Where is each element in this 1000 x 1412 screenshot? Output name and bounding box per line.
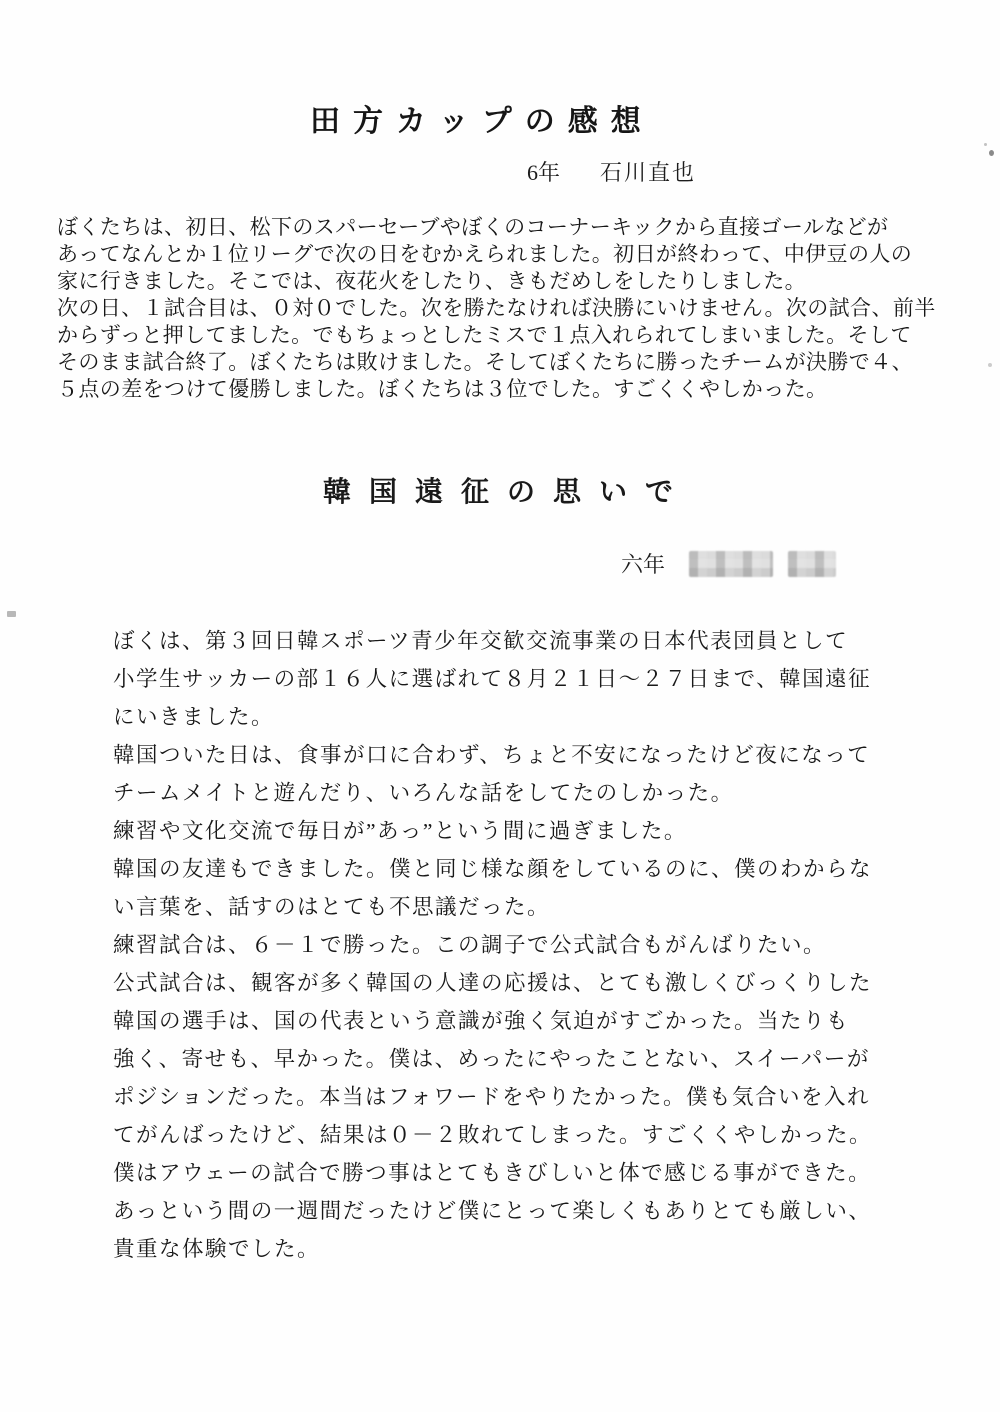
- scan-speck: [988, 363, 992, 367]
- essay2-line: 韓国の友達もできました。僕と同じ様な顔をしているのに、僕のわからな: [113, 854, 872, 892]
- scan-speck: [7, 611, 16, 617]
- essay2-line: 強く、寄せも、早かった。僕は、めったにやったことない、スイーパーが: [113, 1044, 872, 1082]
- essay1-line: からずっと押してました。でもちょっとしたミスで１点入れられてしまいました。そして: [57, 322, 936, 349]
- essay2-line: にいきました。: [113, 702, 872, 740]
- essay2-line: 僕はアウェーの試合で勝つ事はとてもきびしいと体で感じる事ができた。: [113, 1158, 872, 1196]
- essay2-line: い言葉を、話すのはとても不思議だった。: [113, 892, 872, 930]
- essay2-body: ぼくは、第３回日韓スポーツ青少年交歓交流事業の日本代表団員として 小学生サッカー…: [113, 626, 872, 1272]
- essay2-line: 韓国の選手は、国の代表という意識が強く気迫がすごかった。当たりも: [113, 1006, 872, 1044]
- redacted-name-block: [689, 551, 773, 577]
- redacted-name-block: [788, 551, 836, 577]
- essay1-author-name: 石川直也: [600, 160, 696, 185]
- essay2-line: 貴重な体験でした。: [113, 1234, 872, 1272]
- essay1-line: ぼくたちは、初日、松下のスパーセーブやぼくのコーナーキックから直接ゴールなどが: [57, 214, 936, 241]
- essay2-line: ポジションだった。本当はフォワードをやりたかった。僕も気合いを入れ: [113, 1082, 872, 1120]
- essay1-byline: 6年石川直也: [527, 156, 696, 187]
- essay1-line: 次の日、１試合目は、０対０でした。次を勝たなければ決勝にいけません。次の試合、前…: [57, 295, 936, 322]
- scanned-page: 田方カップの感想 6年石川直也 ぼくたちは、初日、松下のスパーセーブやぼくのコー…: [0, 0, 1000, 1412]
- scan-speck: [984, 143, 987, 146]
- essay2-line: 小学生サッカーの部１６人に選ばれて８月２１日～２７日まで、韓国遠征: [113, 664, 872, 702]
- essay1-line: そのまま試合終了。ぼくたちは敗けました。そしてぼくたちに勝ったチームが決勝で４、: [57, 349, 936, 376]
- essay2-line: あっという間の一週間だったけど僕にとって楽しくもありとても厳しい、: [113, 1196, 872, 1234]
- essay2-line: 韓国ついた日は、食事が口に合わず、ちょと不安になったけど夜になって: [113, 740, 872, 778]
- essay2-line: てがんばったけど、結果は０－２敗れてしまった。すごくくやしかった。: [113, 1120, 872, 1158]
- essay1-title: 田方カップの感想: [310, 96, 654, 140]
- scan-speck: [989, 150, 994, 156]
- essay2-line: 練習や文化交流で毎日が”あっ”という間に過ぎました。: [113, 816, 872, 854]
- essay1-line: 家に行きました。そこでは、夜花火をしたり、きもだめしをしたりしました。: [57, 268, 936, 295]
- essay2-line: チームメイトと遊んだり、いろんな話をしてたのしかった。: [113, 778, 872, 816]
- essay2-line: ぼくは、第３回日韓スポーツ青少年交歓交流事業の日本代表団員として: [113, 626, 872, 664]
- essay2-line: 公式試合は、観客が多く韓国の人達の応援は、とても激しくびっくりした: [113, 968, 872, 1006]
- essay1-body: ぼくたちは、初日、松下のスパーセーブやぼくのコーナーキックから直接ゴールなどが …: [57, 214, 936, 403]
- essay2-title: 韓国遠征の思いで: [323, 470, 691, 510]
- essay1-line: あってなんとか１位リーグで次の日をむかえられました。初日が終わって、中伊豆の人の: [57, 241, 936, 268]
- essay2-grade: 六年: [621, 548, 665, 579]
- essay1-grade: 6年: [527, 160, 560, 185]
- essay2-line: 練習試合は、６－１で勝った。この調子で公式試合もがんばりたい。: [113, 930, 872, 968]
- essay2-byline: 六年: [621, 548, 836, 579]
- essay1-line: ５点の差をつけて優勝しました。ぼくたちは３位でした。すごくくやしかった。: [57, 376, 936, 403]
